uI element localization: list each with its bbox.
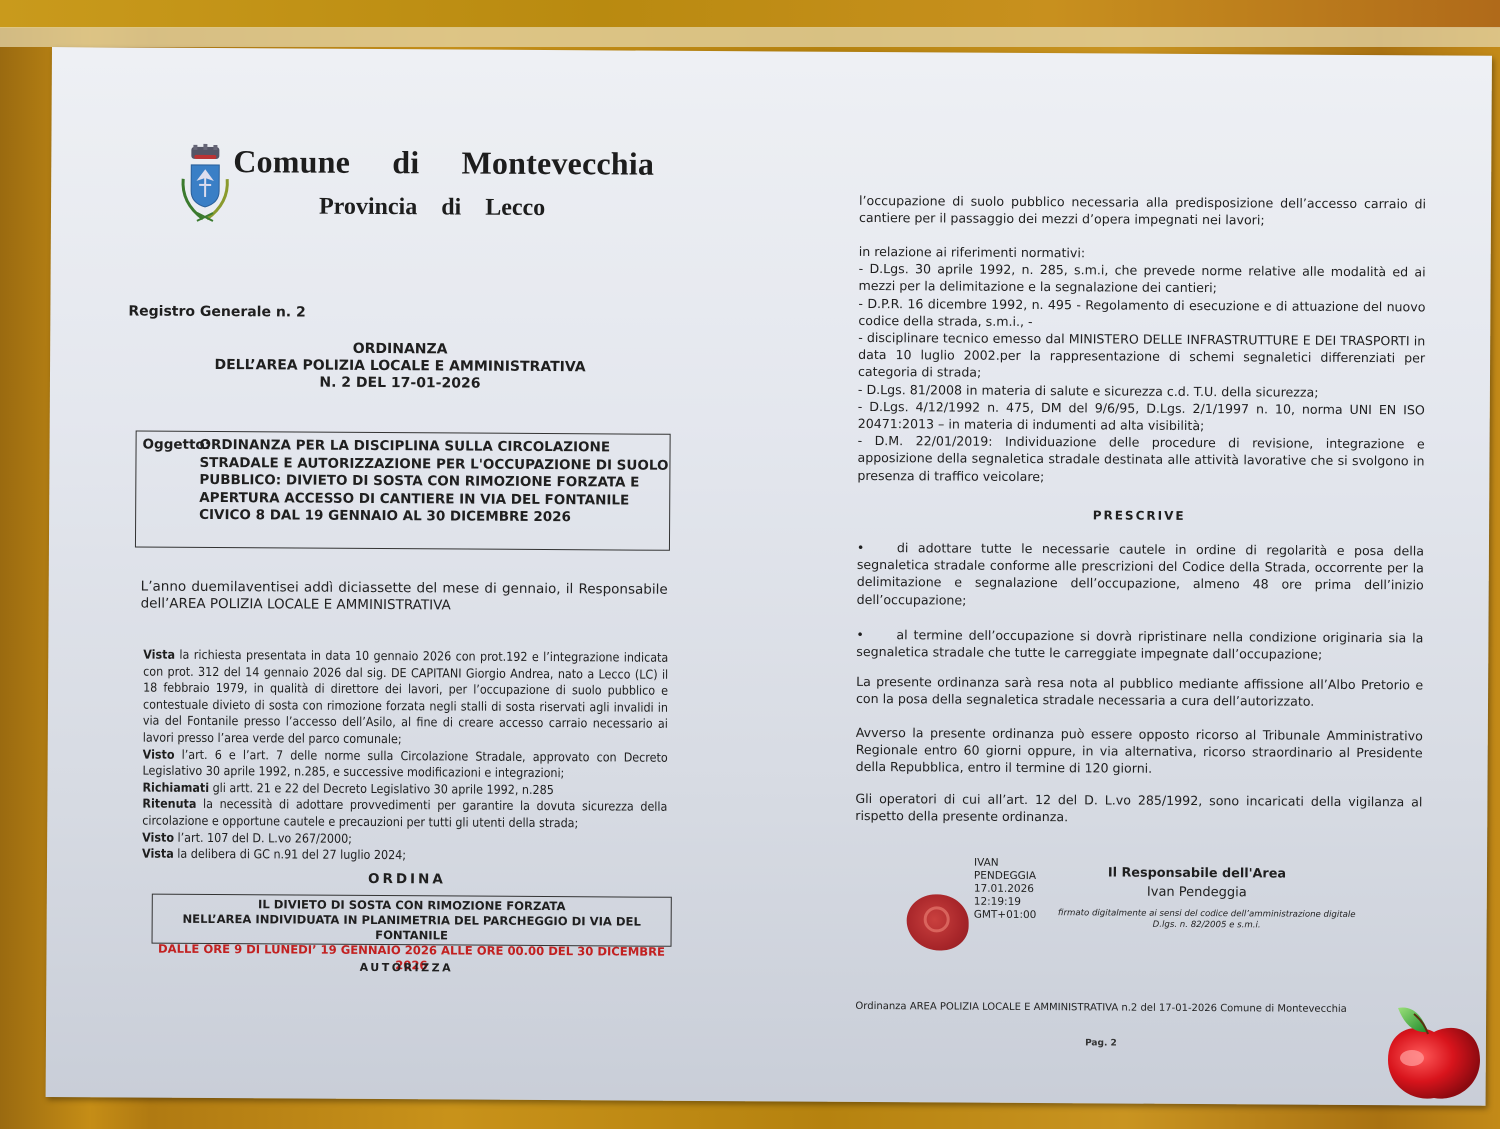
bullet-icon: •	[857, 539, 897, 556]
autorizza-heading: AUTORIZZA	[126, 959, 686, 975]
adhesive-tape	[0, 27, 1500, 47]
riferimenti-normativi: in relazione ai riferimenti normativi: -…	[857, 243, 1425, 487]
riferimento-item: - D.P.R. 16 dicembre 1992, n. 495 - Rego…	[858, 295, 1425, 333]
pubblicazione-paragraph: La presente ordinanza sarà resa nota al …	[856, 673, 1423, 711]
prescrizioni-list: •di adottare tutte le necessarie cautele…	[856, 539, 1424, 682]
page-number: Pag. 2	[851, 1037, 1351, 1050]
premessa-item: Ritenuta la necessità di adottare provve…	[142, 796, 667, 832]
vigilanza-paragraph: Gli operatori di cui all’art. 12 del D. …	[855, 790, 1422, 828]
premesse-list: Vista la richiesta presentata in data 10…	[142, 647, 668, 866]
signature-stamp: IVAN PENDEGGIA 17.01.2026 12:19:19 GMT+0…	[974, 857, 1037, 922]
ordinanza-heading: ORDINANZA DELL’AREA POLIZIA LOCALE E AMM…	[130, 339, 670, 393]
prescrizione-item: •al termine dell’occupazione si dovrà ri…	[856, 626, 1423, 664]
riferimento-item: - D.M. 22/01/2019: Individuazione delle …	[857, 432, 1424, 487]
premessa-item: Visto l’art. 6 e l’art. 7 delle norme su…	[143, 746, 668, 782]
municipal-crest-icon	[177, 143, 234, 227]
notice-sheet: Comune di Montevecchia Provincia di Lecc…	[46, 47, 1492, 1106]
prescrive-heading: PRESCRIVE	[849, 507, 1429, 525]
oggetto-box: Oggetto: ORDINANZA PER LA DISCIPLINA SUL…	[135, 431, 671, 551]
municipality-title: Comune di Montevecchia	[233, 143, 654, 183]
riferimento-item: - disciplinare tecnico emesso dal MINIST…	[858, 329, 1425, 384]
signer-role: Il Responsabile dell'Area	[1057, 865, 1337, 882]
riferimento-item: - D.Lgs. 4/12/1992 n. 475, DM del 9/6/95…	[858, 398, 1425, 436]
oggetto-text: ORDINANZA PER LA DISCIPLINA SULLA CIRCOL…	[199, 437, 670, 527]
ordinanza-heading-line3: N. 2 DEL 17-01-2026	[130, 373, 670, 393]
province-subtitle: Provincia di Lecco	[319, 194, 545, 222]
riferimento-item: - D.Lgs. 30 aprile 1992, n. 285, s.m.i, …	[859, 260, 1426, 298]
registro-generale: Registro Generale n. 2	[128, 303, 305, 320]
premessa-item: Vista la delibera di GC n.91 del 27 lugl…	[142, 846, 667, 866]
bullet-icon: •	[856, 626, 896, 643]
digital-signature-note: firmato digitalmente ai sensi del codice…	[1057, 908, 1357, 932]
ricorso-paragraph: Avverso la presente ordinanza può essere…	[856, 724, 1423, 779]
wooden-board	[0, 0, 1500, 28]
intro-paragraph: L’anno duemilaventisei addì diciassette …	[141, 579, 668, 616]
autorizza-text: l’occupazione di suolo pubblico necessar…	[859, 192, 1426, 230]
premessa-item: Vista la richiesta presentata in data 10…	[143, 647, 669, 750]
footer-text: Ordinanza AREA POLIZIA LOCALE E AMMINIST…	[851, 1000, 1351, 1016]
prescrizione-item: •di adottare tutte le necessarie cautele…	[857, 539, 1424, 611]
ordina-box: IL DIVIETO DI SOSTA CON RIMOZIONE FORZAT…	[152, 894, 672, 947]
apple-logo-icon	[1384, 1004, 1484, 1104]
ordina-line2: NELL’AREA INDIVIDUATA IN PLANIMETRIA DEL…	[153, 912, 671, 945]
signer-name: Ivan Pendeggia	[1057, 884, 1337, 901]
ordina-heading: ORDINA	[127, 869, 687, 888]
digital-signature-seal-icon	[906, 894, 968, 950]
